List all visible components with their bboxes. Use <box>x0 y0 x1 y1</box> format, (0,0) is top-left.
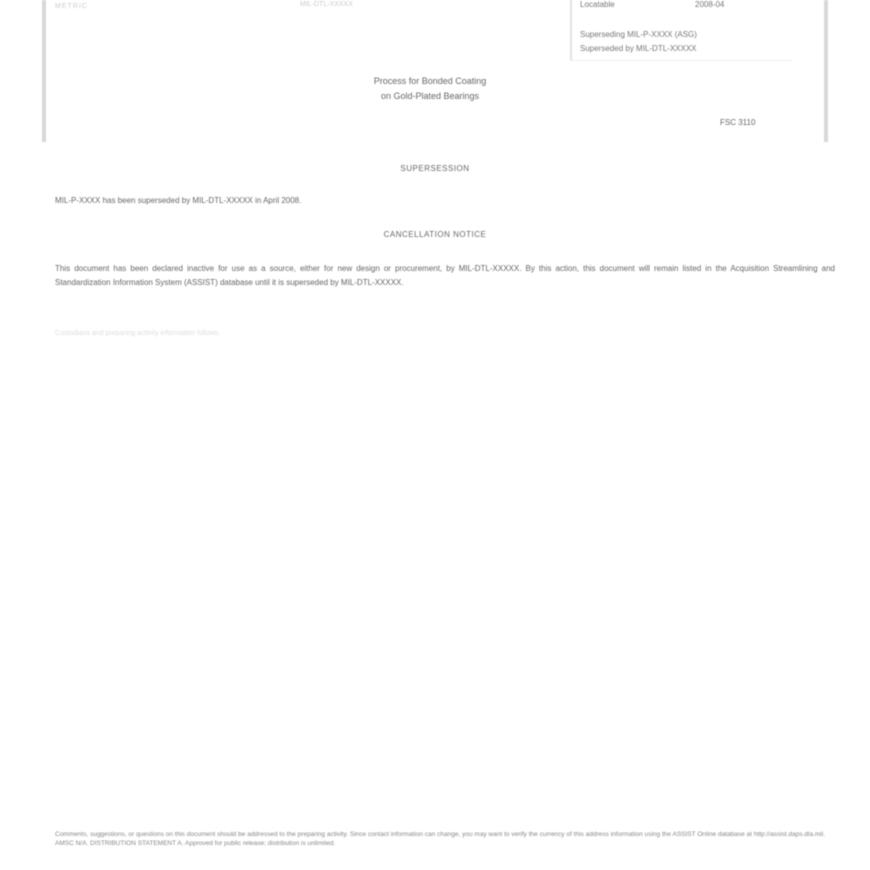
title-line-2: on Gold-Plated Bearings <box>300 89 560 104</box>
info-row-status: Locatable 2008-04 <box>580 0 615 9</box>
supersession-heading: SUPERSESSION <box>0 164 870 173</box>
document-info-box: Locatable 2008-04 Superseding MIL-P-XXXX… <box>570 0 792 61</box>
superseded-by-line: Superseded by MIL-DTL-XXXXX <box>580 44 697 53</box>
fsc-code: FSC 3110 <box>720 118 755 127</box>
superseding-line: Superseding MIL-P-XXXX (ASG) <box>580 30 697 39</box>
header-faint-center: MIL-DTL-XXXXX <box>300 1 353 8</box>
faint-note: Custodians and preparing activity inform… <box>55 330 220 337</box>
footer-notice: Comments, suggestions, or questions on t… <box>55 830 825 848</box>
cancellation-heading: CANCELLATION NOTICE <box>0 230 870 239</box>
status-date: 2008-04 <box>695 0 724 9</box>
header-faint-left: METRIC <box>55 3 88 10</box>
status-label: Locatable <box>580 0 615 9</box>
page-frame-left-border <box>42 0 46 142</box>
title-line-1: Process for Bonded Coating <box>300 74 560 89</box>
document-title: Process for Bonded Coating on Gold-Plate… <box>300 74 560 104</box>
supersession-text: MIL-P-XXXX has been superseded by MIL-DT… <box>55 196 301 205</box>
page-frame-right-border <box>824 0 828 142</box>
cancellation-paragraph: This document has been declared inactive… <box>55 262 835 290</box>
